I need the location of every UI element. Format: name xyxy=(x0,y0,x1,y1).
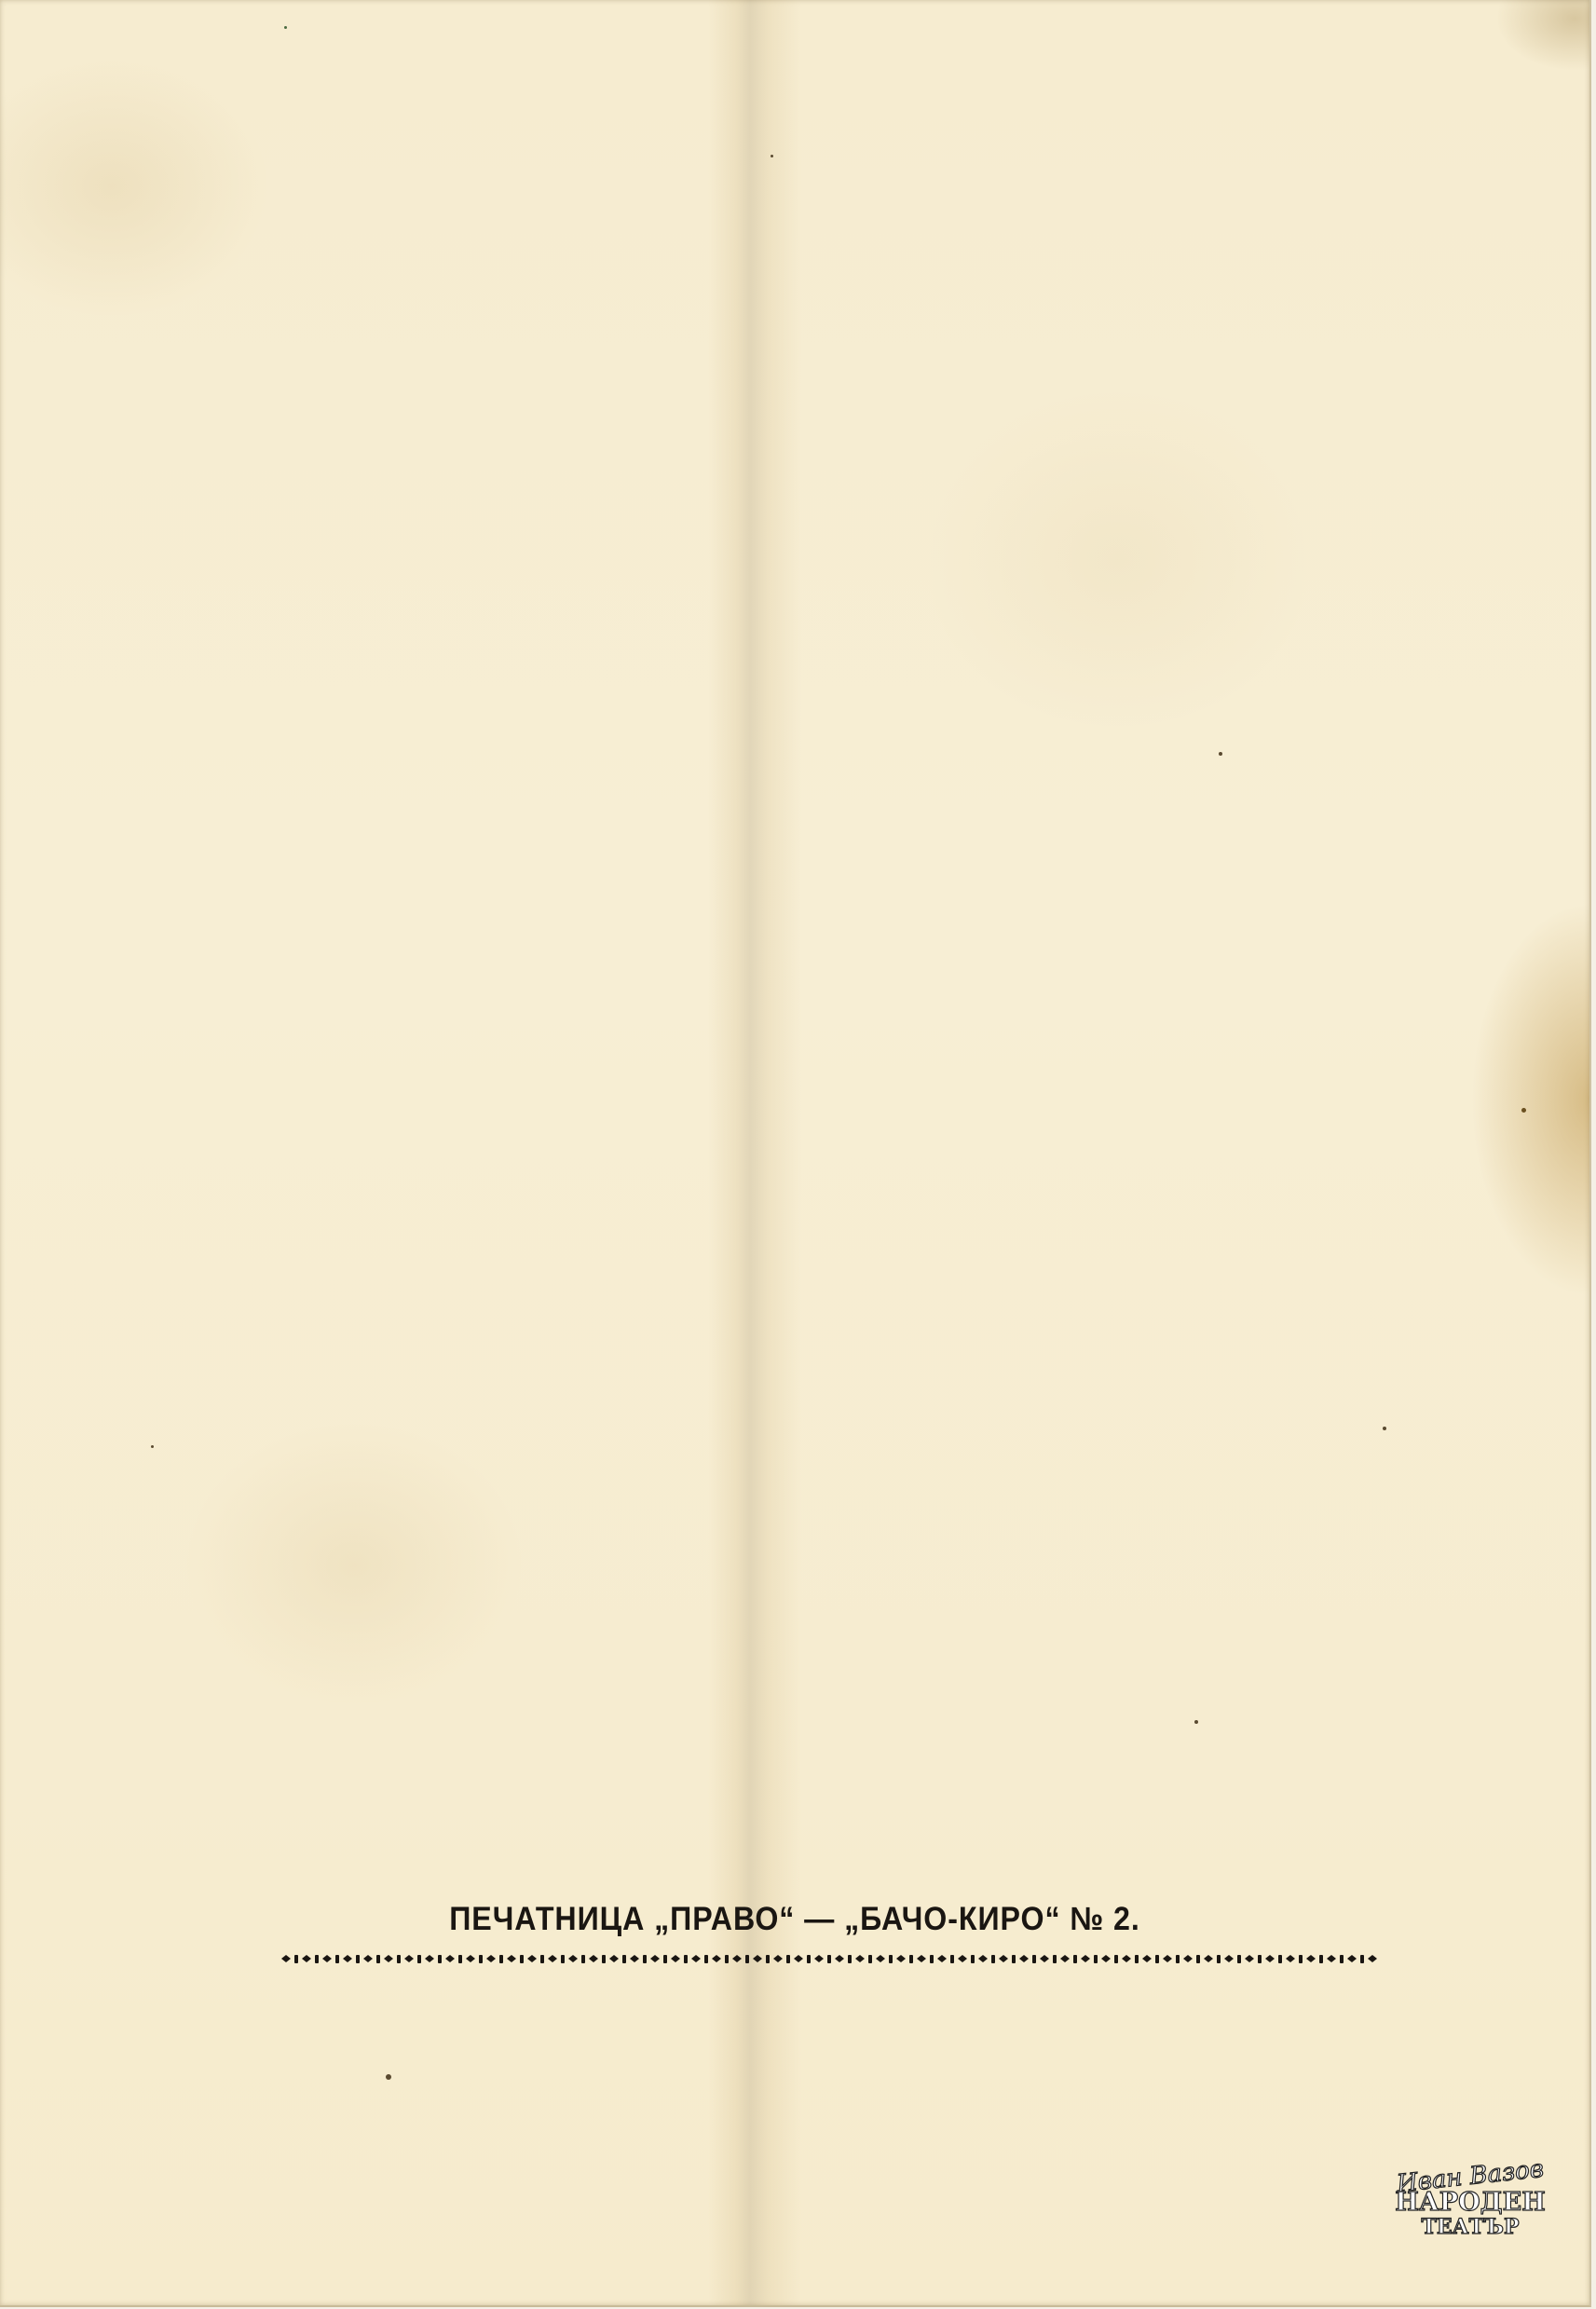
ornament-unit xyxy=(935,1955,956,1963)
ornament-unit xyxy=(1140,1955,1161,1963)
bar-ornament-icon xyxy=(1176,1955,1180,1963)
ornament-unit xyxy=(587,1955,607,1963)
bar-ornament-icon xyxy=(315,1955,319,1963)
ornament-unit xyxy=(1181,1955,1202,1963)
diamond-ornament-icon xyxy=(1163,1955,1172,1962)
diamond-ornament-icon xyxy=(527,1955,537,1962)
diamond-ornament-icon xyxy=(363,1955,373,1962)
bar-ornament-icon xyxy=(1237,1955,1241,1963)
diamond-ornament-icon xyxy=(671,1955,680,1962)
diamond-ornament-icon xyxy=(753,1955,762,1962)
program-back-page: ПЕЧАТНИЦА „ПРАВО“ — „БАЧО-КИРО“ № 2. xyxy=(0,0,1591,2307)
bar-ornament-icon xyxy=(1340,1955,1344,1963)
diamond-ornament-icon xyxy=(1327,1955,1336,1962)
ink-speck xyxy=(1194,1720,1198,1724)
diamond-ornament-icon xyxy=(1081,1955,1090,1962)
bar-ornament-icon xyxy=(1135,1955,1139,1963)
printer-imprint: ПЕЧАТНИЦА „ПРАВО“ — „БАЧО-КИРО“ № 2. xyxy=(0,1901,1589,1938)
diamond-ornament-icon xyxy=(1060,1955,1070,1962)
ornament-unit xyxy=(341,1955,361,1963)
ornament-unit xyxy=(710,1955,730,1963)
ink-speck xyxy=(771,155,773,157)
ornament-unit xyxy=(771,1955,792,1963)
bar-ornament-icon xyxy=(991,1955,995,1963)
ornament-unit xyxy=(443,1955,464,1963)
ornamental-rule xyxy=(280,1949,1379,1968)
ornament-unit xyxy=(321,1955,341,1963)
diamond-ornament-icon xyxy=(1347,1955,1357,1962)
diamond-ornament-icon xyxy=(794,1955,803,1962)
diamond-ornament-icon xyxy=(281,1955,291,1962)
bar-ornament-icon xyxy=(704,1955,708,1963)
bar-ornament-icon xyxy=(643,1955,647,1963)
diamond-ornament-icon xyxy=(732,1955,742,1962)
bar-ornament-icon xyxy=(766,1955,770,1963)
diamond-ornament-icon xyxy=(712,1955,721,1962)
ink-speck xyxy=(1521,1108,1526,1113)
ornament-unit xyxy=(280,1955,300,1963)
ornament-unit xyxy=(833,1955,853,1963)
ornament-unit xyxy=(1222,1955,1243,1963)
ornament-unit xyxy=(300,1955,321,1963)
ornament-unit xyxy=(997,1955,1017,1963)
bar-ornament-icon xyxy=(602,1955,606,1963)
bar-ornament-icon xyxy=(1053,1955,1057,1963)
bar-ornament-icon xyxy=(971,1955,975,1963)
diamond-ornament-icon xyxy=(814,1955,824,1962)
ornament-unit xyxy=(1304,1955,1325,1963)
ornament-unit xyxy=(730,1955,751,1963)
diamond-ornament-icon xyxy=(1040,1955,1049,1962)
bar-ornament-icon xyxy=(561,1955,565,1963)
bar-ornament-icon xyxy=(376,1955,380,1963)
bar-ornament-icon xyxy=(335,1955,339,1963)
ornament-unit xyxy=(976,1955,997,1963)
diamond-ornament-icon xyxy=(507,1955,516,1962)
diamond-ornament-icon xyxy=(773,1955,783,1962)
bar-ornament-icon xyxy=(725,1955,729,1963)
bar-ornament-icon xyxy=(1012,1955,1016,1963)
ornament-unit xyxy=(607,1955,628,1963)
ornament-unit xyxy=(1345,1955,1366,1963)
diamond-ornament-icon xyxy=(896,1955,906,1962)
ornament-unit xyxy=(1038,1955,1058,1963)
ornament-unit xyxy=(1202,1955,1222,1963)
bar-ornament-icon xyxy=(479,1955,483,1963)
diamond-ornament-icon xyxy=(1019,1955,1029,1962)
bar-ornament-icon xyxy=(356,1955,360,1963)
diamond-ornament-icon xyxy=(1265,1955,1275,1962)
bar-ornament-icon xyxy=(868,1955,872,1963)
diamond-ornament-icon xyxy=(937,1955,947,1962)
ornament-unit xyxy=(1243,1955,1263,1963)
ink-speck xyxy=(1383,1427,1386,1430)
bar-ornament-icon xyxy=(1114,1955,1118,1963)
bar-ornament-icon xyxy=(294,1955,298,1963)
ornament-unit xyxy=(361,1955,382,1963)
diamond-ornament-icon xyxy=(691,1955,701,1962)
bar-ornament-icon xyxy=(950,1955,954,1963)
bar-ornament-icon xyxy=(1278,1955,1282,1963)
bar-ornament-icon xyxy=(663,1955,667,1963)
bar-ornament-icon xyxy=(684,1955,688,1963)
bar-ornament-icon xyxy=(1360,1955,1364,1963)
bar-ornament-icon xyxy=(1032,1955,1036,1963)
diamond-ornament-icon xyxy=(589,1955,598,1962)
ink-speck xyxy=(1219,752,1222,756)
bar-ornament-icon xyxy=(1258,1955,1262,1963)
diamond-ornament-icon xyxy=(1368,1955,1377,1962)
bar-ornament-icon xyxy=(458,1955,462,1963)
bar-ornament-icon xyxy=(889,1955,893,1963)
bar-ornament-icon xyxy=(1094,1955,1098,1963)
bar-ornament-icon xyxy=(827,1955,831,1963)
ornament-unit xyxy=(956,1955,976,1963)
bar-ornament-icon xyxy=(848,1955,852,1963)
ornament-unit xyxy=(1325,1955,1345,1963)
ornament-unit xyxy=(1120,1955,1140,1963)
diamond-ornament-icon xyxy=(466,1955,475,1962)
bar-ornament-icon xyxy=(397,1955,401,1963)
diamond-ornament-icon xyxy=(876,1955,885,1962)
ornament-unit xyxy=(894,1955,915,1963)
ink-speck xyxy=(151,1445,154,1448)
diamond-ornament-icon xyxy=(609,1955,619,1962)
ornament-unit xyxy=(1366,1955,1379,1963)
diamond-ornament-icon xyxy=(1245,1955,1254,1962)
bar-ornament-icon xyxy=(438,1955,442,1963)
bar-ornament-icon xyxy=(499,1955,503,1963)
diamond-ornament-icon xyxy=(445,1955,455,1962)
diamond-ornament-icon xyxy=(486,1955,496,1962)
ornament-unit xyxy=(484,1955,505,1963)
diamond-ornament-icon xyxy=(568,1955,578,1962)
ornament-unit xyxy=(648,1955,669,1963)
ornament-unit xyxy=(1058,1955,1079,1963)
diamond-ornament-icon xyxy=(404,1955,414,1962)
diamond-ornament-icon xyxy=(343,1955,352,1962)
ornament-unit xyxy=(1263,1955,1284,1963)
bar-ornament-icon xyxy=(1217,1955,1221,1963)
diamond-ornament-icon xyxy=(1122,1955,1131,1962)
ornament-unit xyxy=(525,1955,546,1963)
bar-ornament-icon xyxy=(520,1955,524,1963)
bar-ornament-icon xyxy=(807,1955,811,1963)
diamond-ornament-icon xyxy=(548,1955,557,1962)
bar-ornament-icon xyxy=(909,1955,913,1963)
bar-ornament-icon xyxy=(1319,1955,1323,1963)
ornament-unit xyxy=(566,1955,587,1963)
diamond-ornament-icon xyxy=(322,1955,332,1962)
diamond-ornament-icon xyxy=(630,1955,639,1962)
ornament-unit xyxy=(546,1955,566,1963)
ornament-unit xyxy=(792,1955,812,1963)
bar-ornament-icon xyxy=(581,1955,585,1963)
ornament-unit xyxy=(1017,1955,1038,1963)
diamond-ornament-icon xyxy=(999,1955,1008,1962)
bar-ornament-icon xyxy=(786,1955,790,1963)
ornament-unit xyxy=(915,1955,935,1963)
ornament-unit xyxy=(689,1955,710,1963)
ornament-unit xyxy=(853,1955,874,1963)
bar-ornament-icon xyxy=(417,1955,421,1963)
bar-ornament-icon xyxy=(1196,1955,1200,1963)
ornament-unit xyxy=(874,1955,894,1963)
ornament-unit xyxy=(505,1955,525,1963)
diamond-ornament-icon xyxy=(1101,1955,1111,1962)
diamond-ornament-icon xyxy=(650,1955,660,1962)
logo-line-teatar: ТЕАТЪР xyxy=(1386,2216,1554,2238)
diamond-ornament-icon xyxy=(1306,1955,1316,1962)
diamond-ornament-icon xyxy=(1204,1955,1213,1962)
bar-ornament-icon xyxy=(1155,1955,1159,1963)
diamond-ornament-icon xyxy=(917,1955,926,1962)
ornament-unit xyxy=(382,1955,402,1963)
ornament-unit xyxy=(751,1955,771,1963)
bar-ornament-icon xyxy=(745,1955,749,1963)
diamond-ornament-icon xyxy=(302,1955,311,1962)
ornament-unit xyxy=(464,1955,484,1963)
ornament-unit xyxy=(423,1955,443,1963)
diamond-ornament-icon xyxy=(1224,1955,1234,1962)
ornament-unit xyxy=(812,1955,833,1963)
ornament-unit xyxy=(1161,1955,1181,1963)
ornament-unit xyxy=(402,1955,423,1963)
bar-ornament-icon xyxy=(1299,1955,1303,1963)
bar-ornament-icon xyxy=(1073,1955,1077,1963)
diamond-ornament-icon xyxy=(425,1955,434,1962)
diamond-ornament-icon xyxy=(1142,1955,1152,1962)
ornament-unit xyxy=(628,1955,648,1963)
bar-ornament-icon xyxy=(622,1955,626,1963)
diamond-ornament-icon xyxy=(855,1955,865,1962)
ink-speck xyxy=(284,26,287,29)
printer-imprint-text: ПЕЧАТНИЦА „ПРАВО“ — „БАЧО-КИРО“ № 2. xyxy=(449,1901,1139,1938)
bar-ornament-icon xyxy=(930,1955,934,1963)
ornament-unit xyxy=(1099,1955,1120,1963)
diamond-ornament-icon xyxy=(958,1955,967,1962)
bar-ornament-icon xyxy=(540,1955,544,1963)
diamond-ornament-icon xyxy=(1286,1955,1295,1962)
diamond-ornament-icon xyxy=(978,1955,988,1962)
ink-speck xyxy=(386,2074,391,2080)
diamond-ornament-icon xyxy=(384,1955,393,1962)
diamond-ornament-icon xyxy=(835,1955,844,1962)
ornament-unit xyxy=(1284,1955,1304,1963)
ornament-unit xyxy=(669,1955,689,1963)
diamond-ornament-icon xyxy=(1183,1955,1193,1962)
theater-logo: Иван Вазов НАРОДЕН ТЕАТЪР xyxy=(1386,2164,1554,2238)
ornament-unit xyxy=(1079,1955,1099,1963)
